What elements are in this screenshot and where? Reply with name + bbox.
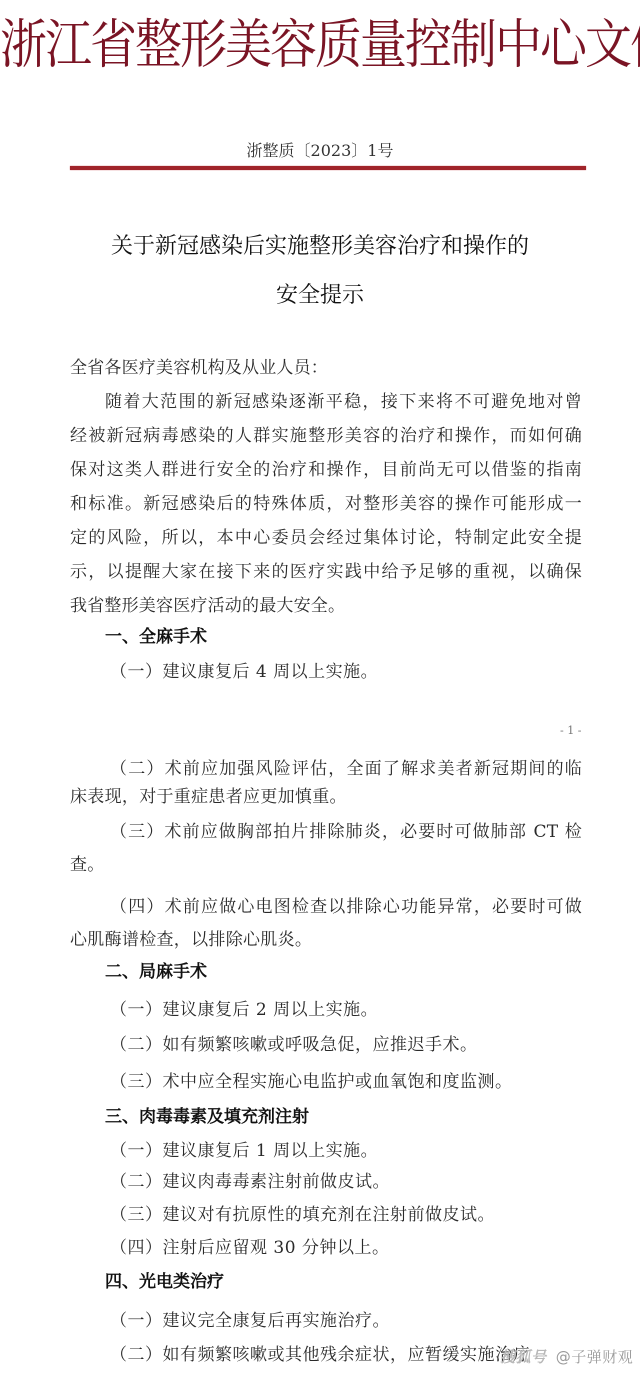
intro-line: 经被新冠病毒感染的人群实施整形美容的治疗和操作，而如何确: [70, 421, 582, 451]
document-number: 浙整质〔2023〕1号: [0, 139, 640, 163]
list-item: （四）注射后应留观 30 分钟以上。: [110, 1233, 389, 1263]
list-item: （二）如有频繁咳嗽或其他残余症状，应暂缓实施治疗: [110, 1340, 530, 1370]
list-item-continuation: 心肌酶谱检查，以排除心肌炎。: [70, 925, 312, 955]
list-item: （四）术前应做心电图检查以排除心功能异常，必要时可做: [110, 892, 582, 922]
list-item: （一）建议康复后 1 周以上实施。: [110, 1136, 378, 1166]
list-item: （一）建议完全康复后再实施治疗。: [110, 1306, 390, 1336]
list-item: （二）如有频繁咳嗽或呼吸急促，应推迟手术。: [110, 1030, 478, 1060]
header-divider: [70, 166, 586, 170]
section-heading: 四、光电类治疗: [105, 1267, 224, 1297]
section-heading: 三、肉毒毒素及填充剂注射: [105, 1102, 309, 1132]
page-number: - 1 -: [560, 724, 581, 737]
intro-line: 随着大范围的新冠感染逐渐平稳，接下来将不可避免地对曾: [105, 387, 582, 417]
sohu-logo-icon: 搜狐号: [500, 1348, 547, 1366]
list-item: （三）术前应做胸部拍片排除肺炎，必要时可做肺部 CT 检: [110, 817, 582, 847]
intro-line: 示，以提醒大家在接下来的医疗实践中给予足够的重视，以确保: [70, 557, 582, 587]
org-header-title: 浙江省整形美容质量控制中心文件: [0, 10, 640, 82]
intro-line: 和标准。新冠感染后的特殊体质，对整形美容的操作可能形成一: [70, 489, 582, 519]
watermark: 搜狐号 @子弹财观: [500, 1346, 633, 1367]
salutation: 全省各医疗美容机构及从业人员：: [70, 353, 582, 383]
section-heading: 二、局麻手术: [105, 957, 207, 987]
list-item: （一）建议康复后 4 周以上实施。: [110, 657, 378, 687]
list-item: （一）建议康复后 2 周以上实施。: [110, 995, 378, 1025]
watermark-handle: @子弹财观: [556, 1348, 634, 1366]
intro-line: 定的风险，所以，本中心委员会经过集体讨论，特制定此安全提: [70, 523, 582, 553]
document-title-line2: 安全提示: [0, 281, 640, 311]
list-item-continuation: 床表现，对于重症患者应更加慎重。: [70, 782, 347, 812]
list-item: （三）建议对有抗原性的填充剂在注射前做皮试。: [110, 1200, 495, 1230]
section-heading: 一、全麻手术: [105, 622, 207, 652]
list-item: （二）术前应加强风险评估，全面了解求美者新冠期间的临: [110, 754, 582, 784]
list-item: （三）术中应全程实施心电监护或血氧饱和度监测。: [110, 1067, 513, 1097]
document-title-line1: 关于新冠感染后实施整形美容治疗和操作的: [0, 232, 640, 262]
intro-line: 保对这类人群进行安全的治疗和操作，目前尚无可以借鉴的指南: [70, 455, 582, 485]
intro-line: 我省整形美容医疗活动的最大安全。: [70, 591, 582, 621]
list-item-continuation: 查。: [70, 850, 105, 880]
list-item: （二）建议肉毒毒素注射前做皮试。: [110, 1167, 390, 1197]
